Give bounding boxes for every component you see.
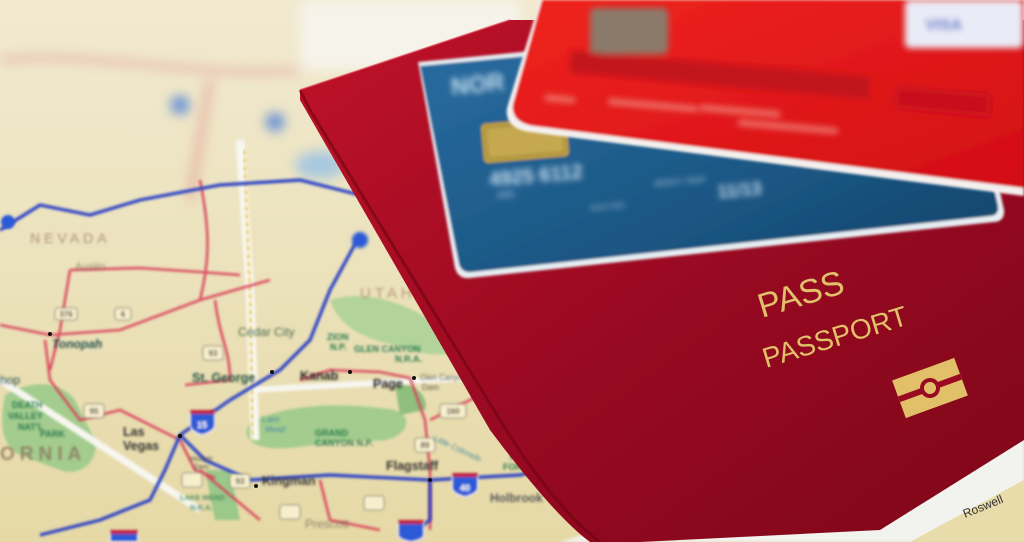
svg-text:Lake: Lake <box>262 415 280 424</box>
card-brand: NOR <box>450 69 506 101</box>
svg-text:89: 89 <box>421 441 430 450</box>
interstate-17-shield <box>398 520 424 542</box>
red-card-brand: VISA <box>925 17 963 34</box>
svg-text:Mead: Mead <box>265 425 286 434</box>
svg-text:Cedar City: Cedar City <box>238 325 295 339</box>
svg-text:6: 6 <box>121 310 126 319</box>
interstate-15-shield: 15 <box>190 410 215 435</box>
svg-text:Tonopah: Tonopah <box>52 337 102 351</box>
svg-text:95: 95 <box>90 407 99 416</box>
svg-text:N.R.A.: N.R.A. <box>395 354 422 364</box>
interstate-shield-left <box>110 530 138 542</box>
svg-text:93: 93 <box>209 349 218 358</box>
svg-text:ZION: ZION <box>327 332 349 342</box>
svg-text:93: 93 <box>236 477 245 486</box>
svg-text:40: 40 <box>460 483 470 493</box>
svg-text:Page: Page <box>373 377 403 391</box>
svg-text:Holbrook: Holbrook <box>490 491 543 505</box>
svg-text:Dam: Dam <box>422 383 439 392</box>
svg-text:NEVADA: NEVADA <box>30 230 111 246</box>
svg-text:CANYON N.P.: CANYON N.P. <box>315 438 373 448</box>
svg-text:St. George: St. George <box>192 371 255 385</box>
svg-text:hop: hop <box>0 373 20 387</box>
svg-text:LAKE MEAD: LAKE MEAD <box>180 493 225 502</box>
svg-text:GLEN CANYON: GLEN CANYON <box>354 344 421 354</box>
interstate-40-shield: 40 <box>452 473 478 497</box>
photo-canvas: 15 40 <box>0 0 1024 542</box>
svg-text:Prescott: Prescott <box>305 517 350 531</box>
svg-text:376: 376 <box>59 310 73 319</box>
card-small-code: 4925 <box>496 189 515 200</box>
svg-text:ORNIA: ORNIA <box>0 444 86 465</box>
svg-text:Vegas: Vegas <box>123 439 159 453</box>
svg-text:VALLEY: VALLEY <box>8 411 43 421</box>
svg-text:N.P.: N.P. <box>330 342 346 352</box>
svg-text:Las: Las <box>123 425 145 439</box>
svg-text:15: 15 <box>197 420 207 430</box>
svg-text:GRAND: GRAND <box>315 428 348 438</box>
svg-text:Austin: Austin <box>75 261 106 273</box>
svg-text:Kingman: Kingman <box>262 474 315 488</box>
photo-scene: 15 40 <box>0 0 1024 542</box>
svg-text:UTAH: UTAH <box>360 285 416 302</box>
svg-text:Hoover: Hoover <box>190 456 213 463</box>
svg-text:Flagstaff: Flagstaff <box>386 459 439 473</box>
card-expiry: 11/13 <box>717 178 763 202</box>
svg-text:DEATH: DEATH <box>12 400 42 410</box>
svg-text:160: 160 <box>446 407 460 416</box>
svg-text:N.R.A.: N.R.A. <box>190 503 213 512</box>
svg-text:PARK: PARK <box>40 429 65 439</box>
svg-text:Dam: Dam <box>194 464 209 471</box>
red-card-chip-icon <box>590 8 668 54</box>
svg-text:Kanab: Kanab <box>300 369 339 383</box>
